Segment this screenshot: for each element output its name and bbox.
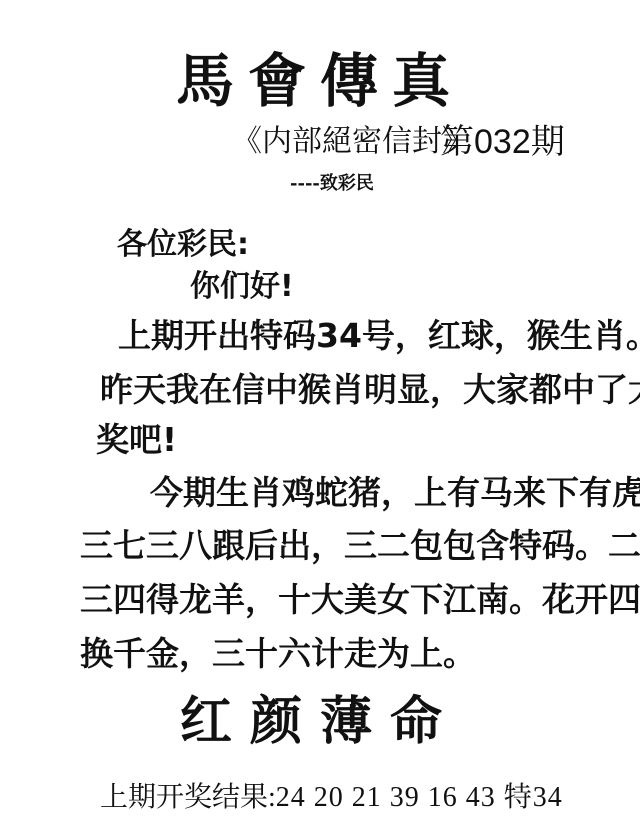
recipient-line: ----致彩民 xyxy=(290,172,374,196)
letter-line: 奖吧! xyxy=(96,413,177,467)
letter-line: 今期生肖鸡蛇猪，上有马来下有虎。 xyxy=(150,466,640,520)
letter-line: 换千金，三十六计走为上。 xyxy=(80,627,476,681)
results-numbers: 24 20 21 39 16 43 特34 xyxy=(276,782,563,813)
letter-line: 上期开出特码34号，红球，猴生肖。 xyxy=(118,309,640,363)
letter-line: 三七三八跟后出，三二包包含特码。二四 xyxy=(80,519,640,573)
subtitle: 《内部絕密信封》 xyxy=(232,122,472,162)
issue-number: 第032期 xyxy=(440,122,565,162)
greeting: 你们好! xyxy=(190,260,294,314)
slogan: 红颜薄命 xyxy=(0,690,640,754)
page-title: 馬會傳真 xyxy=(0,48,640,114)
previous-results: 上期开奖结果:24 20 21 39 16 43 特34 xyxy=(100,778,563,818)
results-label: 上期开奖结果: xyxy=(100,782,276,813)
letter-line: 三四得龙羊，十大美女下江南。花开四朵 xyxy=(80,573,640,627)
letter-line: 昨天我在信中猴肖明显，大家都中了大 xyxy=(100,363,640,417)
